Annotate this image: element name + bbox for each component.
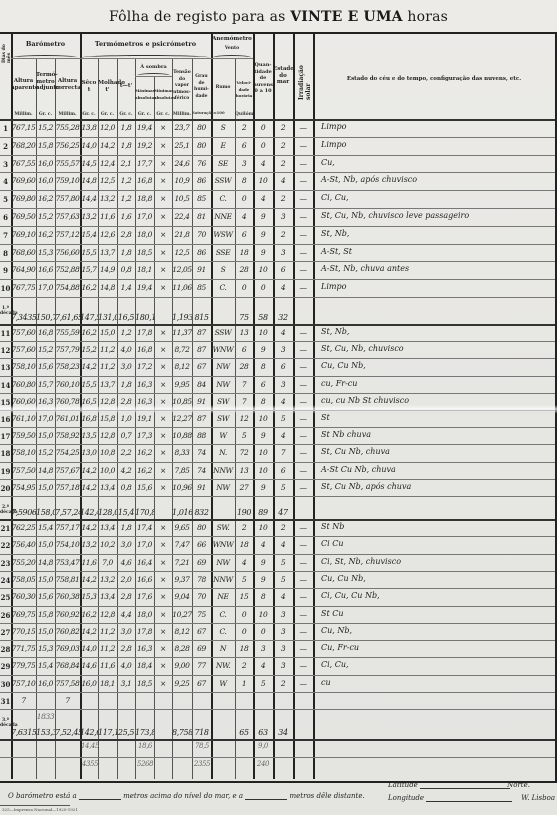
row-rule (0, 261, 555, 262)
row-rule (0, 709, 555, 710)
cell-irr: — (293, 523, 313, 532)
cell-corr: 758,23 (55, 362, 80, 371)
cell-mar: 3 (273, 644, 293, 653)
cell-hum: 69 (192, 558, 211, 567)
cell-hum: 81 (192, 212, 211, 221)
weather-remark: Ci, Cu, (321, 660, 553, 669)
cell-hum: 85 (192, 283, 211, 292)
cell-mar: 3 (273, 627, 293, 636)
cell-seco: 15,5 (80, 380, 98, 389)
cell-min: × (154, 558, 172, 567)
cell-alt: 769,10 (11, 230, 36, 239)
cell-max: 18,0 (135, 230, 154, 239)
cell-rumo: NW. (211, 661, 235, 670)
row-rule (0, 297, 555, 298)
paper-fold (0, 405, 557, 413)
cell-alt: 757,60 (11, 345, 36, 354)
cell-seco: 11,6 (80, 558, 98, 567)
cell-corr: 754,88 (55, 283, 80, 292)
cell-dif: 1,8 (117, 380, 135, 389)
day-number: 28 (0, 645, 11, 654)
day-number: 22 (0, 541, 11, 550)
cell-alt: 769,80 (11, 194, 36, 203)
cell-min: × (154, 123, 172, 132)
cell-mar: 6 (273, 265, 293, 274)
weather-remark: cu (321, 678, 553, 687)
cell-dif: 4,6 (117, 558, 135, 567)
cell-dif: 1,0 (117, 414, 135, 423)
cell-irr: — (293, 644, 313, 653)
day-number: 26 (0, 611, 11, 620)
cell-alt: 754,95 (11, 483, 36, 492)
cell-alt: 769,75 (11, 610, 36, 619)
decade-label: 3.ª década (0, 718, 11, 728)
cell-rumo: NNW (211, 575, 235, 584)
cell-corr: 768,84 (55, 661, 80, 670)
cell-mar: 6 (273, 362, 293, 371)
header-maxima: Máximas absolutas (135, 88, 154, 101)
cell-dif: 2,8 (117, 230, 135, 239)
cell-term: 15,2 (36, 448, 55, 457)
cell-mar: 4 (273, 328, 293, 337)
latitude-line: Latitude Norte. (388, 781, 556, 789)
cell-max: 18,1 (135, 265, 154, 274)
cell-term: 17,0 (36, 414, 55, 423)
header-diferenca: t—t' (117, 83, 135, 90)
cell-molh: 15,0 (98, 328, 117, 337)
cell-hum: 78 (192, 575, 211, 584)
cell-min: × (154, 431, 172, 440)
row-rule (0, 226, 555, 227)
cell-mar: 3 (273, 610, 293, 619)
cell-nuv: 9 (253, 558, 273, 567)
cell-max: 17,6 (135, 592, 154, 601)
cell-rumo: SSW (211, 328, 235, 337)
cell-seco: 13,2 (80, 540, 98, 549)
cell-nuv: 4 (253, 661, 273, 670)
cell-hum: 87 (192, 414, 211, 423)
cell-max: 18,5 (135, 679, 154, 688)
cell-ten: 9,95 (172, 380, 192, 389)
cell-max: 16,6 (135, 575, 154, 584)
cell-alt: 758,10 (11, 362, 36, 371)
cell-term: 15,3 (36, 644, 55, 653)
cell-nuv: 8 (253, 362, 273, 371)
cell-corr: 757,17 (55, 523, 80, 532)
cell-min: × (154, 328, 172, 337)
cell-vel: 8 (235, 176, 253, 185)
cell-vel: 28 (235, 265, 253, 274)
cell-dif: 2,0 (117, 575, 135, 584)
cell-min: × (154, 540, 172, 549)
day-number: 13 (0, 363, 11, 372)
cell-term: 15,6 (36, 362, 55, 371)
cell-irr: — (293, 345, 313, 354)
decade-total-hum: 832 (192, 508, 211, 517)
cell-nuv: 4 (253, 194, 273, 203)
cell-term: 16,2 (36, 194, 55, 203)
cell-nuv: 10 (253, 448, 273, 457)
decade-total-dif: 16,5 (117, 313, 135, 322)
row-rule (0, 279, 555, 280)
cell-rumo: WNW (211, 540, 235, 549)
cell-corr: 752,88 (55, 265, 80, 274)
cell-min: × (154, 592, 172, 601)
pencil-total: 9,0 (253, 742, 273, 750)
cell-term: 15,7 (36, 380, 55, 389)
cell-min: × (154, 159, 172, 168)
cell-seco: 14,2 (80, 362, 98, 371)
cell-term: 15,8 (36, 141, 55, 150)
cell-nuv: 10 (253, 610, 273, 619)
day-number: 2 (0, 142, 11, 151)
unit-label: Millim. (55, 112, 80, 117)
brace (137, 73, 170, 78)
cell-seco: 14,2 (80, 483, 98, 492)
cell-alt: 771,75 (11, 644, 36, 653)
unit-label: Millim. (11, 112, 36, 117)
row-rule (0, 657, 555, 658)
cell-nuv: 9 (253, 212, 273, 221)
weather-remark: A-St Cu Nb, chuva (321, 465, 553, 474)
cell-seco: 13,2 (80, 212, 98, 221)
pencil-total: 4355 (80, 760, 100, 768)
cell-corr: 754,25 (55, 448, 80, 457)
cell-max: 16,2 (135, 466, 154, 475)
row-rule (0, 444, 555, 445)
cell-vel: 13 (235, 466, 253, 475)
header-altura-correcta: Altura correcta (55, 78, 80, 91)
cell-mar: 4 (273, 176, 293, 185)
day-number: 29 (0, 662, 11, 671)
weather-remark: St Nb chuva (321, 430, 553, 439)
weather-remark: Cu, Fr-cu (321, 643, 553, 652)
cell-rumo: SW (211, 414, 235, 423)
cell-min: × (154, 380, 172, 389)
cell-term: 14,8 (36, 466, 55, 475)
weather-remark: St (321, 413, 553, 422)
cell-dif: 3,0 (117, 627, 135, 636)
cell-hum: 80 (192, 123, 211, 132)
cell-vel: 2 (235, 123, 253, 132)
cell-hum: 67 (192, 362, 211, 371)
cell-mar: 5 (273, 414, 293, 423)
cell-hum: 67 (192, 627, 211, 636)
cell-mar: 5 (273, 483, 293, 492)
decade-total-ten: 1,193 (172, 313, 192, 322)
cell-rumo: WSW (211, 230, 235, 239)
cell-corr: 755,28 (55, 123, 80, 132)
decade-total-nuv: 89 (253, 508, 273, 517)
decade-total-nuv: 58 (253, 313, 273, 322)
cell-hum: 70 (192, 592, 211, 601)
cell-ten: 7,21 (172, 558, 192, 567)
cell-molh: 13,4 (98, 523, 117, 532)
barometer-note: O barómetro está a metros acima do nível… (8, 792, 365, 800)
decade-total-term: 158,0 (36, 508, 55, 517)
day-number: 23 (0, 559, 11, 568)
cell-alt: 757,60 (11, 328, 36, 337)
cell-ten: 8,12 (172, 362, 192, 371)
weather-remark: cu, cu Nb St chuvisco (321, 396, 553, 405)
header-rumo: Rumo (211, 85, 235, 92)
cell-hum: 80 (192, 141, 211, 150)
cell-dif: 1,8 (117, 248, 135, 257)
cell-max: 18,0 (135, 610, 154, 619)
weather-remark: A-St, St (321, 247, 553, 256)
cell-irr: — (293, 627, 313, 636)
cell-corr: 760,38 (55, 592, 80, 601)
cell-mar: 3 (273, 248, 293, 257)
row-rule (0, 155, 555, 156)
cell-irr: — (293, 661, 313, 670)
cell-molh: 11,6 (98, 212, 117, 221)
cell-rumo: C. (211, 194, 235, 203)
cell-alt: 760,80 (11, 380, 36, 389)
weather-remark: St, Cu, Nb, chuvisco (321, 344, 553, 353)
cell-dif: 0,7 (117, 431, 135, 440)
cell-nuv: 9 (253, 483, 273, 492)
cell-irr: — (293, 483, 313, 492)
day-number: 30 (0, 680, 11, 689)
unit-label: Gr. c. (135, 112, 154, 117)
cell-irr: — (293, 265, 313, 274)
cell-min: × (154, 265, 172, 274)
latitude-blank (420, 788, 510, 789)
header-tensao: Tensão do vapor atmos-férico (172, 70, 192, 103)
cell-term: 15,6 (36, 592, 55, 601)
cell-nuv: 9 (253, 345, 273, 354)
cell-alt: 769,60 (11, 176, 36, 185)
cell-vel: 0 (235, 283, 253, 292)
cell-nuv: 6 (253, 380, 273, 389)
cell-dif: 4,0 (117, 345, 135, 354)
cell-min: × (154, 283, 172, 292)
cell-hum: 91 (192, 483, 211, 492)
cell-seco: 15,2 (80, 345, 98, 354)
cell-seco: 14,2 (80, 627, 98, 636)
row-rule (0, 376, 555, 377)
cell-mar: 2 (273, 141, 293, 150)
cell-irr: — (293, 575, 313, 584)
cell-dif: 0,8 (117, 265, 135, 274)
cell-vel: 2 (235, 661, 253, 670)
cell-molh: 11,2 (98, 362, 117, 371)
cell-molh: 14,2 (98, 141, 117, 150)
cell-nuv: 4 (253, 540, 273, 549)
cell-min: × (154, 483, 172, 492)
decade-total-dif: 15,4 (117, 508, 135, 517)
cell-corr: 760,82 (55, 627, 80, 636)
cell-rumo: N. (211, 448, 235, 457)
unit-label: Gr. c. (80, 112, 98, 117)
cell-hum: 70 (192, 230, 211, 239)
cell-molh: 12,0 (98, 123, 117, 132)
cell-mar: 2 (273, 230, 293, 239)
cell-dif: 4,2 (117, 466, 135, 475)
header-minima: Mínimas absolutas (154, 88, 172, 101)
cell-alt: 758,10 (11, 448, 36, 457)
cell-vel: 12 (235, 414, 253, 423)
cell-alt: 759,50 (11, 431, 36, 440)
day-number: 10 (0, 284, 11, 293)
cell-max: 16,3 (135, 644, 154, 653)
cell-min: × (154, 679, 172, 688)
row-rule (0, 519, 555, 521)
cell-vel: 4 (235, 558, 253, 567)
cell-hum: 75 (192, 610, 211, 619)
cell-ten: 11,37 (172, 328, 192, 337)
cell-vel: 6 (235, 345, 253, 354)
header-altura-aparente: Altura aparente (11, 78, 36, 91)
cell-ten: 8,72 (172, 345, 192, 354)
day-number: 9 (0, 266, 11, 275)
header-estado-ceu: Estado do céu e do tempo, configuração d… (313, 76, 555, 83)
day-number: 11 (0, 329, 11, 338)
cell-rumo: NW (211, 558, 235, 567)
cell-irr: — (293, 414, 313, 423)
cell-vel: 72 (235, 448, 253, 457)
unit-label: Gr. c. (98, 112, 117, 117)
weather-remark: A-St, Nb, chuva antes (321, 264, 553, 273)
cell-dif: 2,8 (117, 592, 135, 601)
weather-remark: Ci, Cu, Cu Nb, (321, 591, 553, 600)
decade-total-max: 180,1 (135, 313, 154, 322)
cell-dif: 2,8 (117, 644, 135, 653)
cell-mar: 3 (273, 661, 293, 670)
cell-ten: 22,4 (172, 212, 192, 221)
day-number: 8 (0, 249, 11, 258)
decade-total-max: 173,8 (135, 728, 154, 737)
row-rule (0, 496, 555, 497)
cell-mar: 2 (273, 523, 293, 532)
cell-ten: 8,33 (172, 448, 192, 457)
cell-irr: — (293, 466, 313, 475)
cell-term: 15,8 (36, 610, 55, 619)
cell-seco: 14,6 (80, 661, 98, 670)
cell-alt: 767,15 (11, 123, 36, 132)
cell-max: 16,4 (135, 558, 154, 567)
decade-total-term: 153,3 (36, 728, 55, 737)
cell-alt: 758,05 (11, 575, 36, 584)
cell-irr: — (293, 540, 313, 549)
cell-max: 16,3 (135, 380, 154, 389)
cell-corr: 7 (55, 696, 80, 705)
cell-seco: 13,5 (80, 431, 98, 440)
weather-remark: Ci, St, Nb, chuvisco (321, 557, 553, 566)
header-nuvens: Quan-tidade de nuvens 0 a 10 (253, 62, 273, 95)
decade-total-vel: 75 (235, 313, 253, 322)
cell-irr: — (293, 123, 313, 132)
cell-rumo: SW. (211, 523, 235, 532)
cell-corr: 756,60 (55, 248, 80, 257)
day-number: 3 (0, 160, 11, 169)
cell-mar: 2 (273, 194, 293, 203)
cell-corr: 758,92 (55, 431, 80, 440)
cell-vel: 2 (235, 523, 253, 532)
cell-hum: 77 (192, 661, 211, 670)
cell-rumo: NE (211, 592, 235, 601)
cell-irr: — (293, 159, 313, 168)
cell-ten: 10,88 (172, 431, 192, 440)
cell-min: × (154, 194, 172, 203)
cell-molh: 11,2 (98, 644, 117, 653)
cell-irr: — (293, 610, 313, 619)
cell-term: 17,0 (36, 283, 55, 292)
cell-nuv: 9 (253, 230, 273, 239)
weather-remark: St, Cu Nb, após chuva (321, 482, 553, 491)
header-mar: Estado do mar (273, 66, 293, 86)
cell-dif: 1,2 (117, 328, 135, 337)
cell-dif: 1,4 (117, 283, 135, 292)
decade-total-mar: 32 (273, 313, 293, 322)
decade-total-hum: 815 (192, 313, 211, 322)
row-rule (0, 588, 555, 589)
cell-mar: 4 (273, 592, 293, 601)
day-number: 16 (0, 415, 11, 424)
cell-seco: 14,8 (80, 176, 98, 185)
cell-molh: 18,1 (98, 679, 117, 688)
cell-corr: 757,12 (55, 230, 80, 239)
cell-vel: 1 (235, 679, 253, 688)
decade-total-molh: 117,1 (98, 728, 117, 737)
cell-ten: 12,5 (172, 248, 192, 257)
cell-molh: 10,0 (98, 466, 117, 475)
cell-rumo: WNW (211, 345, 235, 354)
cell-nuv: 8 (253, 592, 273, 601)
cell-max: 17,3 (135, 431, 154, 440)
cell-term: 15,0 (36, 627, 55, 636)
cell-term: 15,2 (36, 212, 55, 221)
cell-ten: 24,6 (172, 159, 192, 168)
cell-alt: 757,50 (11, 466, 36, 475)
cell-vel: 6 (235, 141, 253, 150)
cell-vel: 0 (235, 627, 253, 636)
cell-nuv: 9 (253, 575, 273, 584)
cell-corr: 757,67 (55, 466, 80, 475)
cell-max: 19,2 (135, 141, 154, 150)
cell-term: 16,0 (36, 159, 55, 168)
row-rule (0, 675, 555, 676)
cell-seco: 14,0 (80, 141, 98, 150)
decade-label: 2.ª década (0, 505, 11, 515)
row-rule (0, 623, 555, 624)
header-vento: Vento (211, 46, 253, 51)
day-number: 19 (0, 467, 11, 476)
cell-seco: 15,3 (80, 592, 98, 601)
row-rule (0, 536, 555, 537)
day-number: 6 (0, 213, 11, 222)
decade-total-alt: 7,3435 (11, 313, 36, 322)
cell-term: 15,0 (36, 540, 55, 549)
pencil-total: 240 (253, 760, 273, 768)
cell-nuv: 10 (253, 414, 273, 423)
row-rule (0, 358, 555, 359)
cell-corr: 757,18 (55, 483, 80, 492)
cell-vel: 5 (235, 575, 253, 584)
cell-molh: 13,7 (98, 380, 117, 389)
row-rule (0, 757, 555, 758)
cell-corr: 757,58 (55, 679, 80, 688)
page-title: Fôlha de registo para as VINTE E UMA hor… (0, 9, 557, 25)
cell-seco: 14,2 (80, 523, 98, 532)
cell-seco: 16,2 (80, 610, 98, 619)
cell-nuv: 4 (253, 159, 273, 168)
day-number: 4 (0, 177, 11, 186)
cell-corr: 755,57 (55, 159, 80, 168)
cell-max: 16,2 (135, 448, 154, 457)
cell-vel: 6 (235, 230, 253, 239)
